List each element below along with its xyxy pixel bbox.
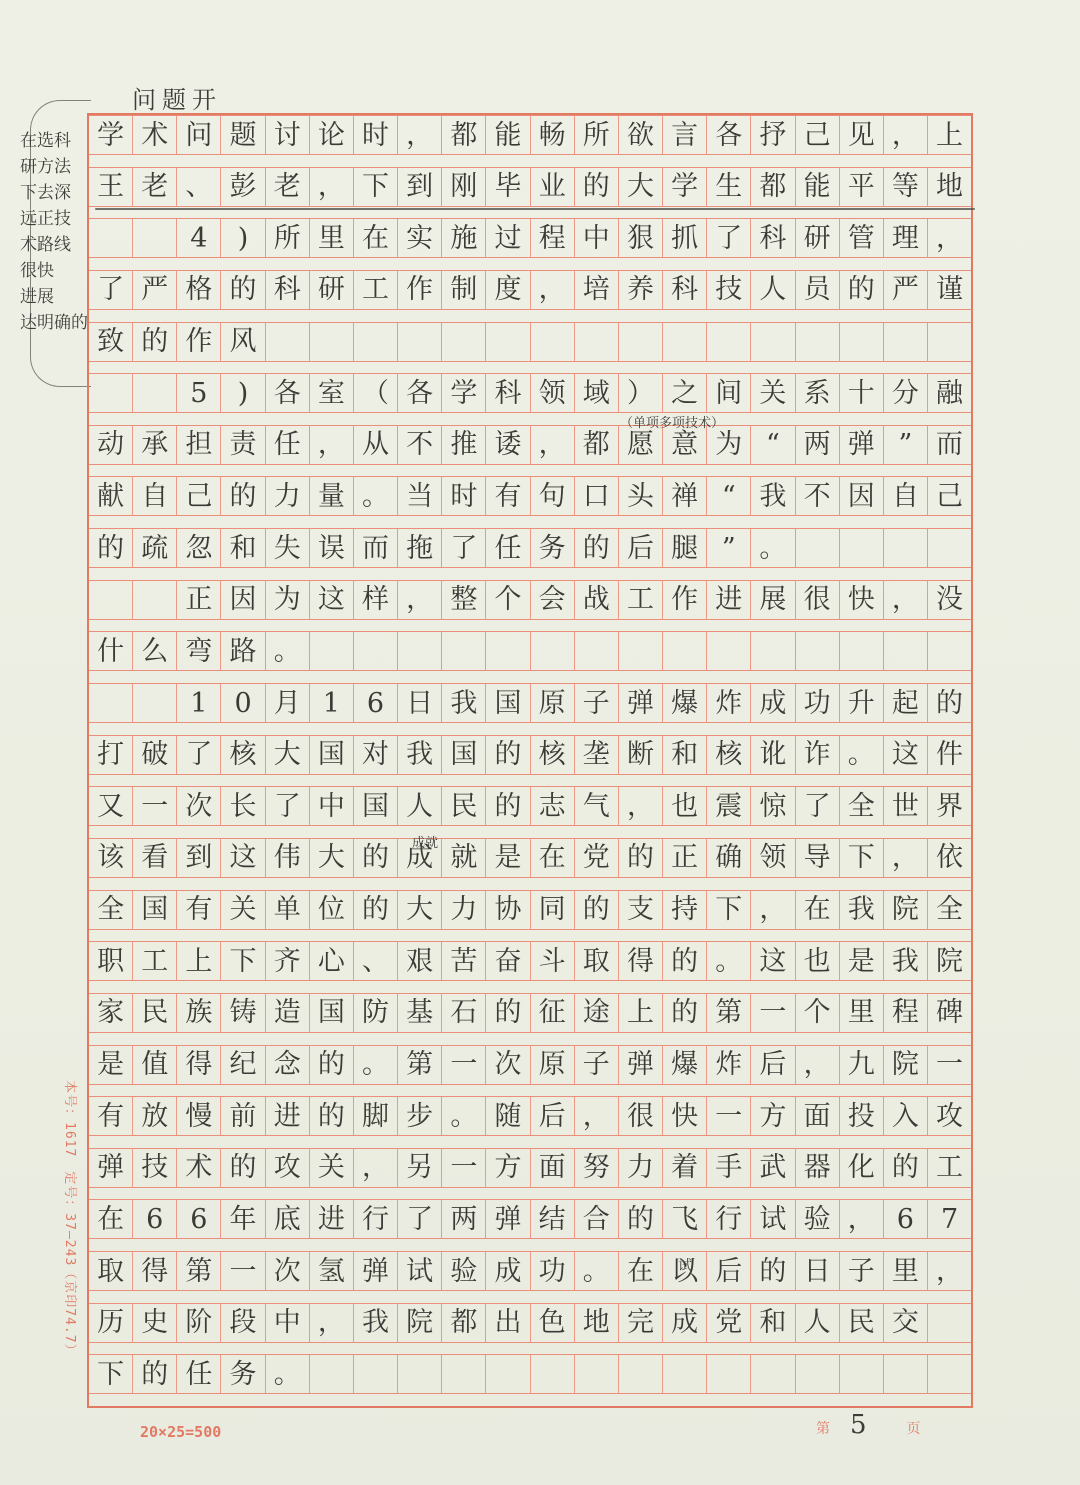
grid-cell: 这 (884, 736, 928, 774)
grid-cell: 弹 (89, 1149, 133, 1187)
grid-cell: （ (354, 374, 398, 412)
grid-cell: 下 (221, 942, 265, 980)
grid-cell (707, 1355, 751, 1393)
grid-row: 打破了核大国对我国的核垄断和核讹诈。这件 (89, 735, 971, 775)
grid-cell: 里 (840, 994, 884, 1032)
grid-row: 致的作风 (89, 322, 971, 362)
grid-cell: 爆 (663, 1046, 707, 1084)
grid-cell: 科 (266, 271, 310, 309)
grid-cell: 下 (707, 891, 751, 929)
grid-cell: 题 (221, 116, 265, 154)
grid-cell: 刚 (442, 168, 486, 206)
grid-cell: 全 (89, 891, 133, 929)
grid-cell: 第 (398, 1046, 442, 1084)
grid-cell: 两 (796, 426, 840, 464)
margin-note-line: 下去深 (20, 180, 88, 206)
grid-cell: 导 (796, 839, 840, 877)
grid-cell: 征 (531, 994, 575, 1032)
grid-cell: ， (531, 271, 575, 309)
grid-cell: 个 (796, 994, 840, 1032)
grid-cell: 诈 (796, 736, 840, 774)
grid-cell: 老 (266, 168, 310, 206)
grid-cell: 院 (928, 942, 971, 980)
grid-cell: 原 (531, 1046, 575, 1084)
grid-cell: 时 (442, 477, 486, 515)
grid-cell: 另 (398, 1149, 442, 1187)
grid-cell: 化 (840, 1149, 884, 1187)
grid-cell: 抓 (663, 219, 707, 257)
grid-cell (133, 684, 177, 722)
grid-cell: 科 (486, 374, 530, 412)
grid-cell: 行 (354, 1200, 398, 1238)
grid-cell: 展 (751, 581, 795, 619)
grid-cell: 国 (442, 736, 486, 774)
grid-cell: 意 (663, 426, 707, 464)
grid-cell: 。 (707, 942, 751, 980)
grid-cell: 器 (796, 1149, 840, 1187)
grid-cell: 。 (266, 632, 310, 670)
grid-cell: 民 (840, 1304, 884, 1342)
grid-cell: 着 (663, 1149, 707, 1187)
grid-cell: 程 (884, 994, 928, 1032)
grid-cell: 己 (928, 477, 971, 515)
grid-cell: 论 (310, 116, 354, 154)
grid-cell: 的 (133, 1355, 177, 1393)
grid-cell: 力 (619, 1149, 663, 1187)
grid-cell: 的 (354, 891, 398, 929)
grid-cell: 防 (354, 994, 398, 1032)
grid-cell: ， (531, 426, 575, 464)
grid-cell (575, 323, 619, 361)
grid-cell: 持 (663, 891, 707, 929)
grid-cell (751, 323, 795, 361)
grid-cell: 起 (884, 684, 928, 722)
grid-cell: 头 (619, 477, 663, 515)
grid-row: 家民族铸造国防基石的征途上的第一个里程碑 (89, 993, 971, 1033)
grid-cell: 的 (486, 994, 530, 1032)
margin-note-line: 术路线 (20, 232, 88, 258)
grid-cell: 工 (619, 581, 663, 619)
grid-cell: 因 (840, 477, 884, 515)
grid-cell: 时 (354, 116, 398, 154)
grid-cell (928, 323, 971, 361)
grid-cell: 、 (177, 168, 221, 206)
grid-cell: 当 (398, 477, 442, 515)
page-number: 5 (850, 1410, 867, 1440)
grid-cell: 炸 (707, 1046, 751, 1084)
grid-cell: 平 (840, 168, 884, 206)
grid-cell (133, 581, 177, 619)
grid-cell: 人 (796, 1304, 840, 1342)
grid-cell: 为 (707, 426, 751, 464)
grid-cell: 都 (575, 426, 619, 464)
grid-cell: ” (707, 529, 751, 567)
grid-cell: 的 (221, 271, 265, 309)
grid-cell: ， (840, 1200, 884, 1238)
grid-row: 在66年底进行了两弹结合的飞行试验，67 (89, 1199, 971, 1239)
grid-cell: 施 (442, 219, 486, 257)
grid-cell: 间 (707, 374, 751, 412)
grid-cell: 阶 (177, 1304, 221, 1342)
grid-cell: 关 (310, 1149, 354, 1187)
grid-cell: 手 (707, 1149, 751, 1187)
grid-cell: 的 (354, 839, 398, 877)
grid-cell: 么 (133, 632, 177, 670)
grid-cell: 的 (89, 529, 133, 567)
grid-cell: 快 (840, 581, 884, 619)
grid-cell: 我 (442, 684, 486, 722)
grid-cell: ） (619, 374, 663, 412)
grid-cell (796, 323, 840, 361)
grid-cell: ， (310, 168, 354, 206)
grid-cell: 。 (442, 1097, 486, 1135)
grid-cell: 任 (177, 1355, 221, 1393)
grid-cell: 领 (531, 374, 575, 412)
grid-cell (840, 632, 884, 670)
grid-cell: 结 (531, 1200, 575, 1238)
grid-cell: 系 (796, 374, 840, 412)
grid-cell: 到 (398, 168, 442, 206)
grid-cell: 进 (310, 1200, 354, 1238)
grid-cell: 不 (398, 426, 442, 464)
grid-cell (928, 632, 971, 670)
grid-cell: 党 (707, 1304, 751, 1342)
grid-cell: 一 (133, 787, 177, 825)
grid-cell: 技 (707, 271, 751, 309)
grid-cell: 同 (531, 891, 575, 929)
grid-cell: 会 (531, 581, 575, 619)
grid-cell: 弹 (486, 1200, 530, 1238)
grid-cell: 弹 (619, 1046, 663, 1084)
grid-cell: 下 (354, 168, 398, 206)
grid-row: 职工上下齐心、艰苦奋斗取得的。这也是我院 (89, 941, 971, 981)
grid-cell: 史 (133, 1304, 177, 1342)
grid-cell: 地 (575, 1304, 619, 1342)
grid-cell: 在 (619, 1252, 663, 1290)
grid-cell: ， (751, 891, 795, 929)
grid-cell: 1 (310, 684, 354, 722)
grid-cell: 推 (442, 426, 486, 464)
grid-cell: 致 (89, 323, 133, 361)
grid-cell (840, 529, 884, 567)
grid-row: 是值得纪念的。第一次原子弹爆炸后，九院一 (89, 1045, 971, 1085)
grid-cell: 这 (310, 581, 354, 619)
grid-cell: 都 (442, 1304, 486, 1342)
grid-cell: 子 (840, 1252, 884, 1290)
grid-cell: 子 (575, 684, 619, 722)
grid-cell: 理 (884, 219, 928, 257)
grid-cell: 养 (619, 271, 663, 309)
grid-cell: 程 (531, 219, 575, 257)
grid-cell: 投 (840, 1097, 884, 1135)
grid-cell: 完 (619, 1304, 663, 1342)
grid-cell: 试 (398, 1252, 442, 1290)
grid-cell: 方 (751, 1097, 795, 1135)
grid-cell: 取 (89, 1252, 133, 1290)
grid-cell: 之 (663, 374, 707, 412)
grid-cell: 风 (221, 323, 265, 361)
grid-cell: 奋 (486, 942, 530, 980)
grid-cell (619, 1355, 663, 1393)
grid-cell: 严 (133, 271, 177, 309)
grid-cell: 我 (884, 942, 928, 980)
grid-cell: 技 (133, 1149, 177, 1187)
grid-cell: 纪 (221, 1046, 265, 1084)
grid-cell: 研 (310, 271, 354, 309)
grid-cell: 院 (398, 1304, 442, 1342)
grid-cell: 言 (663, 116, 707, 154)
grid-cell: 职 (89, 942, 133, 980)
grid-cell: 腿 (663, 529, 707, 567)
grid-cell: 苦 (442, 942, 486, 980)
grid-cell: 验 (796, 1200, 840, 1238)
grid-cell: 而 (354, 529, 398, 567)
grid-cell: 畅 (531, 116, 575, 154)
grid-cell: 科 (663, 271, 707, 309)
grid-cell: 的 (663, 942, 707, 980)
grid-cell: 的 (663, 994, 707, 1032)
grid-cell: 到 (177, 839, 221, 877)
grid-cell: 念 (266, 1046, 310, 1084)
grid-cell (707, 632, 751, 670)
grid-cell: 的 (575, 529, 619, 567)
grid-cell: 值 (133, 1046, 177, 1084)
grid-cell (796, 529, 840, 567)
grid-cell: 人 (751, 271, 795, 309)
grid-cell: 段 (221, 1304, 265, 1342)
grid-cell: 正 (177, 581, 221, 619)
grid-cell: 也 (796, 942, 840, 980)
grid-cell: 句 (531, 477, 575, 515)
grid-cell: 担 (177, 426, 221, 464)
grid-row: 什么弯路。 (89, 631, 971, 671)
grid-cell: 作 (398, 271, 442, 309)
grid-cell: ， (884, 116, 928, 154)
grid-cell: 从 (354, 426, 398, 464)
grid-cell: 爆 (663, 684, 707, 722)
grid-cell: ， (796, 1046, 840, 1084)
grid-cell: 国 (310, 994, 354, 1032)
grid-cell: 两 (442, 1200, 486, 1238)
grid-cell: 工 (928, 1149, 971, 1187)
grid-cell: ， (398, 581, 442, 619)
grid-cell: 拖 (398, 529, 442, 567)
margin-note-line: 很快 (20, 258, 88, 284)
margin-note-line: 在选科 (20, 128, 88, 154)
grid-row: 了严格的科研工作制度，培养科技人员的严谨 (89, 270, 971, 310)
grid-cell: 飞 (663, 1200, 707, 1238)
grid-cell: 狠 (619, 219, 663, 257)
grid-cell: 没 (928, 581, 971, 619)
grid-cell (310, 1355, 354, 1393)
grid-cell: 过 (486, 219, 530, 257)
grid-cell: 国 (354, 787, 398, 825)
grid-cell (619, 323, 663, 361)
grid-cell: 什 (89, 632, 133, 670)
grid-cell: 的 (486, 787, 530, 825)
grid-cell: 国 (310, 736, 354, 774)
grid-cell: 步 (398, 1097, 442, 1135)
grid-cell: 责 (221, 426, 265, 464)
grid-cell: 的 (619, 839, 663, 877)
grid-cell: 下 (89, 1355, 133, 1393)
grid-row: 全国有关单位的大力协同的支持下，在我院全 (89, 890, 971, 930)
grid-cell: 全 (840, 787, 884, 825)
grid-cell (133, 219, 177, 257)
grid-cell: 、 (354, 942, 398, 980)
grid-cell: 7 (928, 1200, 971, 1238)
grid-cell: 底 (266, 1200, 310, 1238)
grid-cell: 子 (575, 1046, 619, 1084)
grid-cell: 入 (884, 1097, 928, 1135)
grid-cell: 量 (310, 477, 354, 515)
grid-cell: 的 (619, 1200, 663, 1238)
grid-cell: 历 (89, 1304, 133, 1342)
grid-cell (442, 632, 486, 670)
grid-cell: 垄 (575, 736, 619, 774)
grid-cell: 验 (442, 1252, 486, 1290)
grid-cell: 学 (89, 116, 133, 154)
grid-cell: 所 (575, 116, 619, 154)
grid-cell: 0 (221, 684, 265, 722)
grid-cell: 工 (133, 942, 177, 980)
grid-cell: 了 (266, 787, 310, 825)
grid-cell: 造 (266, 994, 310, 1032)
grid-cell: 国 (133, 891, 177, 929)
grid-cell: 得 (177, 1046, 221, 1084)
grid-cell: 融 (928, 374, 971, 412)
grid-cell (89, 581, 133, 619)
grid-cell: 我 (840, 891, 884, 929)
grid-row: 5)各室（各学科领域）之间关系十分融 (89, 373, 971, 413)
grid-cell (486, 632, 530, 670)
grid-row: 弹技术的攻关，另一方面努力着手武器化的工 (89, 1148, 971, 1188)
grid-cell: 的 (310, 1097, 354, 1135)
interlinear-annotation-1: （单项多项技术） (620, 412, 724, 431)
grid-cell (310, 632, 354, 670)
grid-cell: 色 (531, 1304, 575, 1342)
grid-cell: 关 (751, 374, 795, 412)
grid-cell: 碑 (928, 994, 971, 1032)
grid-cell (663, 1355, 707, 1393)
grid-cell: 核 (531, 736, 575, 774)
grid-cell: 不 (796, 477, 840, 515)
grid-cell (89, 374, 133, 412)
grid-cell: 力 (266, 477, 310, 515)
grid-cell: 也 (663, 787, 707, 825)
grid-cell: 九 (840, 1046, 884, 1084)
grid-cell (928, 1304, 971, 1342)
grid-cell: 后 (707, 1252, 751, 1290)
grid-cell (266, 323, 310, 361)
grid-cell: 的 (310, 1046, 354, 1084)
grid-cell: 的 (133, 323, 177, 361)
grid-cell: 全 (928, 891, 971, 929)
grid-cell (398, 632, 442, 670)
grid-cell: 院 (884, 891, 928, 929)
grid-cell: 面 (531, 1149, 575, 1187)
grid-cell: ， (310, 426, 354, 464)
grid-cell: 。 (266, 1355, 310, 1393)
grid-cell: 党 (575, 839, 619, 877)
grid-cell: 大 (310, 839, 354, 877)
grid-cell: 民 (133, 994, 177, 1032)
grid-cell: 攻 (928, 1097, 971, 1135)
grid-cell: 随 (486, 1097, 530, 1135)
grid-cell (354, 1355, 398, 1393)
grid-cell: 方 (486, 1149, 530, 1187)
grid-cell (89, 684, 133, 722)
grid-cell: 第 (707, 994, 751, 1032)
grid-cell: 行 (707, 1200, 751, 1238)
grid-cell: 升 (840, 684, 884, 722)
grid-cell: 位 (310, 891, 354, 929)
grid-cell: 有 (177, 891, 221, 929)
grid-cell: 各 (266, 374, 310, 412)
grid-cell: 路 (221, 632, 265, 670)
grid-cell: 核 (707, 736, 751, 774)
grid-cell: 5 (177, 374, 221, 412)
grid-cell: 协 (486, 891, 530, 929)
grid-cell: 制 (442, 271, 486, 309)
grid-cell: 斗 (531, 942, 575, 980)
grid-cell: 打 (89, 736, 133, 774)
grid-cell (133, 374, 177, 412)
grid-cell: 很 (796, 581, 840, 619)
grid-cell: 动 (89, 426, 133, 464)
grid-cell: 我 (354, 1304, 398, 1342)
grid-cell: ) (221, 374, 265, 412)
grid-row: 4)所里在实施过程中狠抓了科研管理， (89, 218, 971, 258)
grid-cell: 毕 (486, 168, 530, 206)
grid-cell: 慢 (177, 1097, 221, 1135)
grid-cell: 十 (840, 374, 884, 412)
grid-cell: 。 (840, 736, 884, 774)
grid-cell: 很 (619, 1097, 663, 1135)
grid-row: 该看到这伟大的成就是在党的正确领导下，依 (89, 838, 971, 878)
grid-cell: 正 (663, 839, 707, 877)
grid-cell: 确 (707, 839, 751, 877)
grid-cell: 惊 (751, 787, 795, 825)
grid-cell: ， (619, 787, 663, 825)
grid-cell: 和 (751, 1304, 795, 1342)
grid-cell: 断 (619, 736, 663, 774)
grid-cell (442, 1355, 486, 1393)
grid-cell: 讨 (266, 116, 310, 154)
grid-cell: 次 (266, 1252, 310, 1290)
grid-cell: 看 (133, 839, 177, 877)
insertion-line-mark (95, 208, 975, 210)
grid-cell: 院 (884, 1046, 928, 1084)
grid-cell: 了 (707, 219, 751, 257)
grid-cell: 次 (177, 787, 221, 825)
grid-cell: 术 (177, 1149, 221, 1187)
grid-cell: 进 (707, 581, 751, 619)
grid-cell: 人 (398, 787, 442, 825)
grid-cell: 工 (354, 271, 398, 309)
grid-cell (707, 323, 751, 361)
grid-cell: 格 (177, 271, 221, 309)
grid-cell: 和 (663, 736, 707, 774)
grid-cell: 对 (354, 736, 398, 774)
grid-cell: 谨 (928, 271, 971, 309)
grid-cell: 得 (133, 1252, 177, 1290)
grid-cell: 脚 (354, 1097, 398, 1135)
grid-cell: 是 (89, 1046, 133, 1084)
grid-cell (89, 219, 133, 257)
grid-cell: 长 (221, 787, 265, 825)
grid-cell: 齐 (266, 942, 310, 980)
